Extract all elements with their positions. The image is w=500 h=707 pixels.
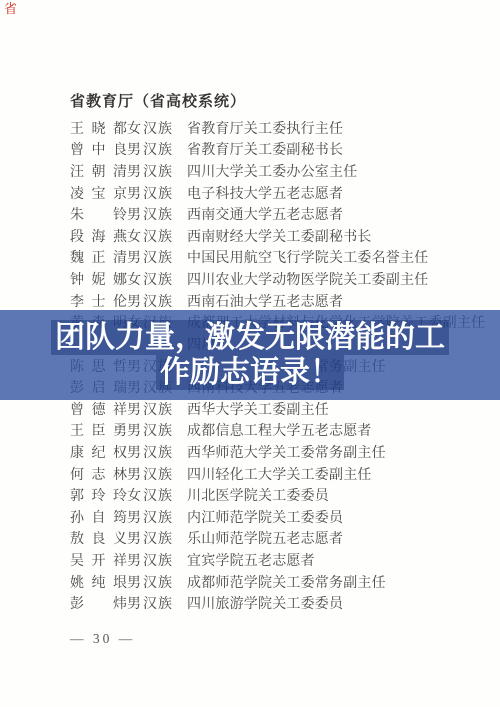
affiliation-cell: 川北医学院关工委委员 [187, 485, 485, 505]
affiliation-cell: 内江师范学院关工委委员 [187, 507, 485, 527]
ethnicity-cell: 汉族 [143, 464, 187, 484]
ethnicity-cell: 汉族 [143, 291, 187, 311]
ethnicity-cell: 汉族 [143, 593, 187, 613]
gender-cell: 男 [127, 528, 143, 548]
table-row: 王晓都女汉族省教育厅关工委执行主任 [70, 117, 485, 139]
name-cell: 魏正清 [70, 247, 127, 267]
affiliation-cell: 西华大学关工委副主任 [187, 399, 485, 419]
gender-cell: 男 [127, 550, 143, 570]
gender-cell: 男 [127, 593, 143, 613]
gender-cell: 男 [127, 139, 143, 159]
name-cell: 王晓都 [70, 118, 127, 138]
table-row: 段海燕女汉族西南财经大学关工委副秘书长 [70, 225, 485, 247]
name-cell: 吴开祥 [70, 550, 127, 570]
name-cell: 李士伦 [70, 291, 127, 311]
name-cell: 朱 铃 [70, 204, 127, 224]
table-row: 敖良义男汉族乐山师范学院五老志愿者 [70, 528, 485, 550]
name-cell: 敖良义 [70, 528, 127, 548]
name-cell: 汪朝清 [70, 161, 127, 181]
ethnicity-cell: 汉族 [143, 161, 187, 181]
ethnicity-cell: 汉族 [143, 507, 187, 527]
affiliation-cell: 省教育厅关工委执行主任 [187, 118, 485, 138]
gender-cell: 男 [127, 183, 143, 203]
table-row: 凌宝京男汉族电子科技大学五老志愿者 [70, 182, 485, 204]
ethnicity-cell: 汉族 [143, 139, 187, 159]
affiliation-cell: 四川农业大学动物医学院关工委副主任 [187, 269, 485, 289]
ethnicity-cell: 汉族 [143, 442, 187, 462]
affiliation-cell: 四川大学关工委办公室主任 [187, 161, 485, 181]
red-corner-mark: 省 [4, 2, 17, 16]
gender-cell: 男 [127, 291, 143, 311]
gender-cell: 男 [127, 399, 143, 419]
table-row: 孙自筠男汉族内江师范学院关工委委员 [70, 506, 485, 528]
name-cell: 康纪权 [70, 442, 127, 462]
gender-cell: 女 [127, 226, 143, 246]
section-heading: 省教育厅（省高校系统） [70, 90, 246, 111]
table-row: 王臣勇男汉族成都信息工程大学五老志愿者 [70, 420, 485, 442]
name-cell: 凌宝京 [70, 183, 127, 203]
affiliation-cell: 省教育厅关工委副秘书长 [187, 139, 485, 159]
name-cell: 何志林 [70, 464, 127, 484]
affiliation-cell: 宜宾学院五老志愿者 [187, 550, 485, 570]
ethnicity-cell: 汉族 [143, 399, 187, 419]
affiliation-cell: 西华师范大学关工委常务副主任 [187, 442, 485, 462]
name-cell: 段海燕 [70, 226, 127, 246]
table-row: 李士伦男汉族西南石油大学五老志愿者 [70, 290, 485, 312]
page-container: 省 省教育厅（省高校系统） 王晓都女汉族省教育厅关工委执行主任曾中良男汉族省教育… [0, 0, 500, 707]
gender-cell: 女 [127, 485, 143, 505]
ethnicity-cell: 汉族 [143, 550, 187, 570]
ethnicity-cell: 汉族 [143, 528, 187, 548]
ethnicity-cell: 汉族 [143, 226, 187, 246]
affiliation-cell: 成都师范学院关工委常务副主任 [187, 572, 485, 592]
name-cell: 王臣勇 [70, 420, 127, 440]
affiliation-cell: 四川旅游学院关工委委员 [187, 593, 485, 613]
affiliation-cell: 西南交通大学五老志愿者 [187, 204, 485, 224]
table-row: 魏正清男汉族中国民用航空飞行学院关工委名誉主任 [70, 247, 485, 269]
affiliation-cell: 四川轻化工大学关工委副主任 [187, 464, 485, 484]
gender-cell: 男 [127, 161, 143, 181]
affiliation-cell: 成都信息工程大学五老志愿者 [187, 420, 485, 440]
gender-cell: 男 [127, 572, 143, 592]
ethnicity-cell: 汉族 [143, 247, 187, 267]
affiliation-cell: 西南石油大学五老志愿者 [187, 291, 485, 311]
name-cell: 郭玲玲 [70, 485, 127, 505]
quote-banner: 团队力量，激发无限潜能的工 作励志语录！ [0, 310, 500, 400]
name-cell: 曾德祥 [70, 399, 127, 419]
gender-cell: 女 [127, 118, 143, 138]
name-cell: 钟妮娜 [70, 269, 127, 289]
table-row: 吴开祥男汉族宜宾学院五老志愿者 [70, 549, 485, 571]
ethnicity-cell: 汉族 [143, 204, 187, 224]
table-row: 朱 铃男汉族西南交通大学五老志愿者 [70, 203, 485, 225]
ethnicity-cell: 汉族 [143, 269, 187, 289]
name-cell: 孙自筠 [70, 507, 127, 527]
gender-cell: 男 [127, 507, 143, 527]
banner-line-1: 团队力量，激发无限潜能的工 [51, 320, 449, 355]
table-row: 康纪权男汉族西华师范大学关工委常务副主任 [70, 441, 485, 463]
affiliation-cell: 电子科技大学五老志愿者 [187, 183, 485, 203]
table-row: 何志林男汉族四川轻化工大学关工委副主任 [70, 463, 485, 485]
table-row: 彭 炜男汉族四川旅游学院关工委委员 [70, 592, 485, 614]
banner-line-2: 作励志语录！ [156, 355, 344, 390]
gender-cell: 男 [127, 420, 143, 440]
gender-cell: 男 [127, 442, 143, 462]
table-row: 钟妮娜女汉族四川农业大学动物医学院关工委副主任 [70, 268, 485, 290]
table-row: 郭玲玲女汉族川北医学院关工委委员 [70, 484, 485, 506]
ethnicity-cell: 汉族 [143, 485, 187, 505]
table-row: 曾中良男汉族省教育厅关工委副秘书长 [70, 139, 485, 161]
page-number: — 30 — [70, 631, 135, 647]
ethnicity-cell: 汉族 [143, 183, 187, 203]
gender-cell: 男 [127, 204, 143, 224]
table-row: 曾德祥男汉族西华大学关工委副主任 [70, 398, 485, 420]
gender-cell: 男 [127, 464, 143, 484]
table-row: 姚纯垠男汉族成都师范学院关工委常务副主任 [70, 571, 485, 593]
name-cell: 彭 炜 [70, 593, 127, 613]
affiliation-cell: 西南财经大学关工委副秘书长 [187, 226, 485, 246]
ethnicity-cell: 汉族 [143, 572, 187, 592]
ethnicity-cell: 汉族 [143, 420, 187, 440]
gender-cell: 女 [127, 269, 143, 289]
name-cell: 曾中良 [70, 139, 127, 159]
affiliation-cell: 乐山师范学院五老志愿者 [187, 528, 485, 548]
affiliation-cell: 中国民用航空飞行学院关工委名誉主任 [187, 247, 485, 267]
name-cell: 姚纯垠 [70, 572, 127, 592]
gender-cell: 男 [127, 247, 143, 267]
table-row: 汪朝清男汉族四川大学关工委办公室主任 [70, 160, 485, 182]
ethnicity-cell: 汉族 [143, 118, 187, 138]
